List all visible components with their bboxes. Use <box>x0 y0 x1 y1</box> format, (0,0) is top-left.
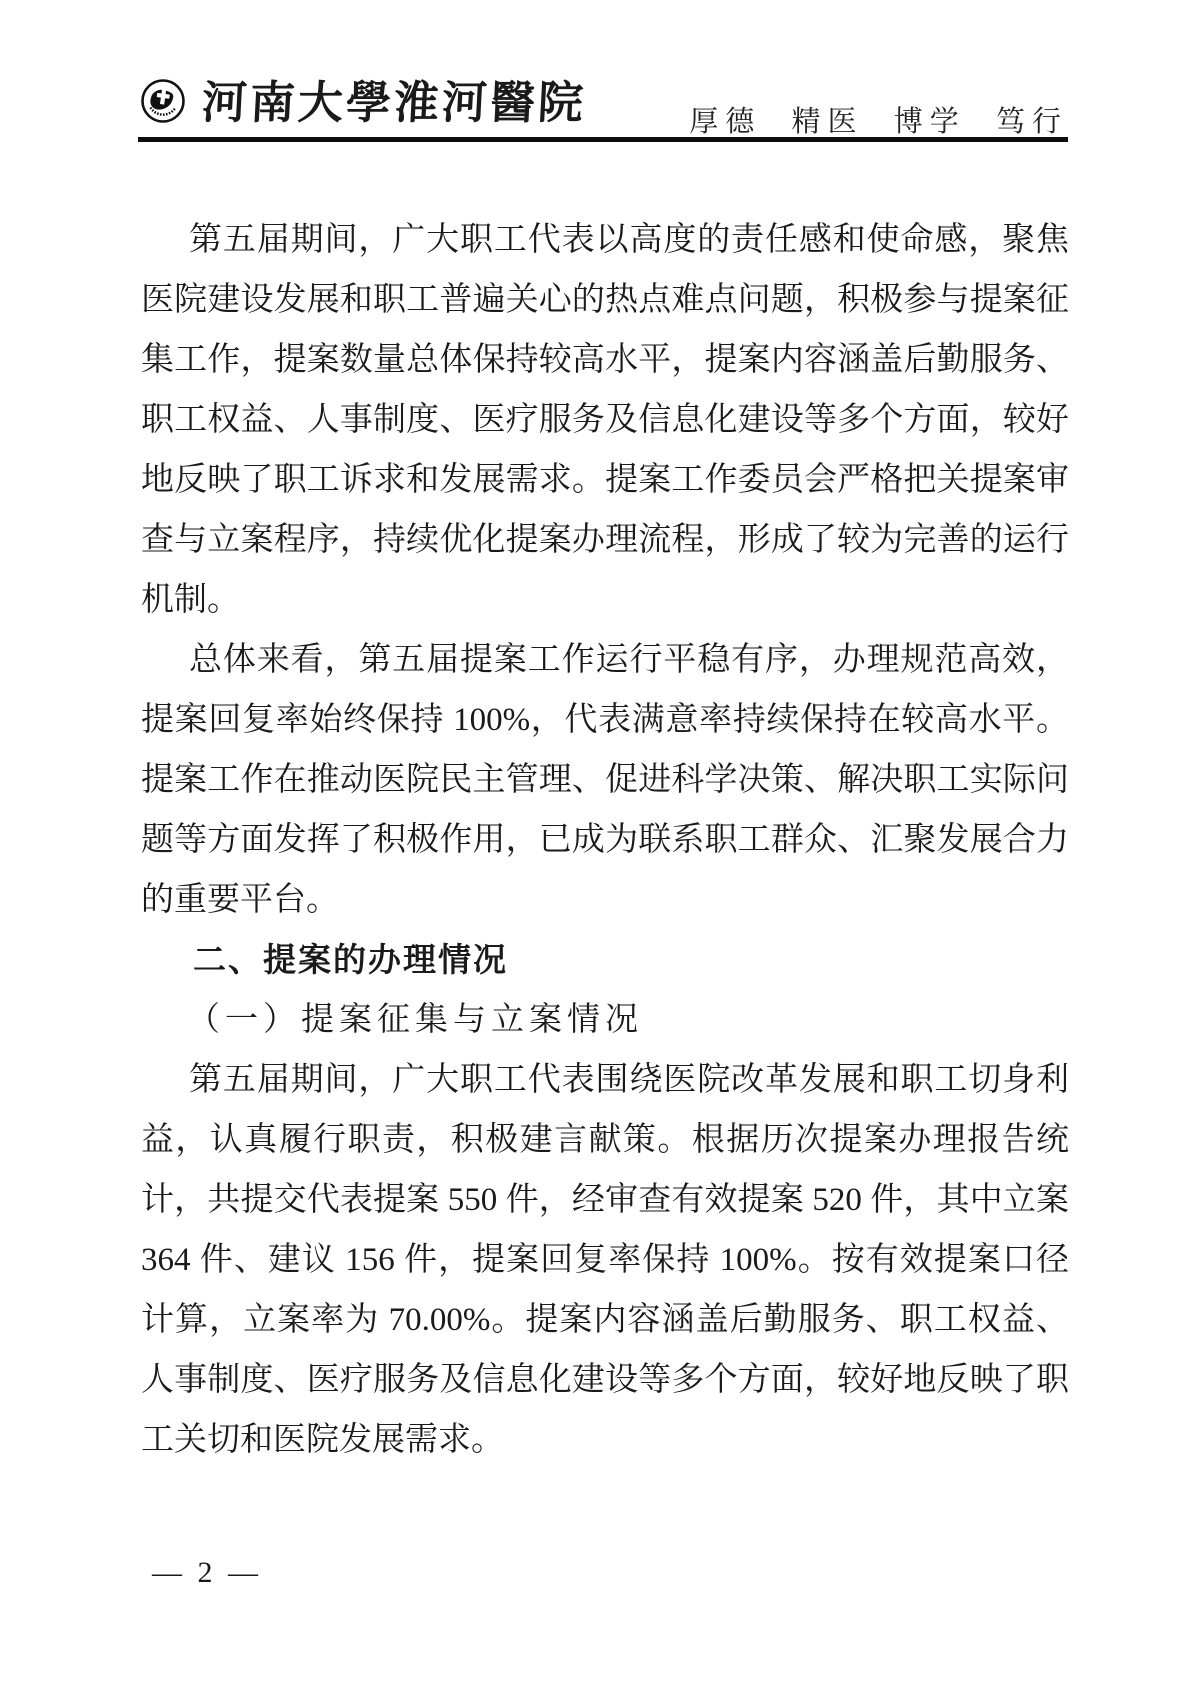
page-number: — 2 — <box>152 1556 262 1589</box>
document-page: 河南大學淮河醫院 厚德 精医 博学 笃行 第五届期间，广大职工代表以高度的责任感… <box>0 0 1190 1683</box>
paragraph-summary: 总体来看，第五届提案工作运行平稳有序，办理规范高效，提案回复率始终保持 100%… <box>141 630 1069 930</box>
document-body: 第五届期间，广大职工代表以高度的责任感和使命感，聚焦医院建设发展和职工普遍关心的… <box>141 210 1069 1470</box>
page-footer: — 2 — <box>152 1556 262 1590</box>
subsection-heading: （一）提案征集与立案情况 <box>141 990 1069 1050</box>
hospital-motto: 厚德 精医 博学 笃行 <box>689 99 1068 140</box>
paragraph-statistics: 第五届期间，广大职工代表围绕医院改革发展和职工切身利益，认真履行职责，积极建言献… <box>141 1050 1069 1470</box>
hospital-name: 河南大學淮河醫院 <box>201 76 588 125</box>
paragraph-overview: 第五届期间，广大职工代表以高度的责任感和使命感，聚焦医院建设发展和职工普遍关心的… <box>141 210 1069 630</box>
header-divider <box>138 137 1068 142</box>
section-heading: 二、提案的办理情况 <box>141 930 1069 990</box>
document-header: 河南大學淮河醫院 厚德 精医 博学 笃行 <box>140 76 1068 138</box>
hospital-emblem-icon <box>140 78 186 124</box>
header-brand: 河南大學淮河醫院 <box>140 76 586 125</box>
